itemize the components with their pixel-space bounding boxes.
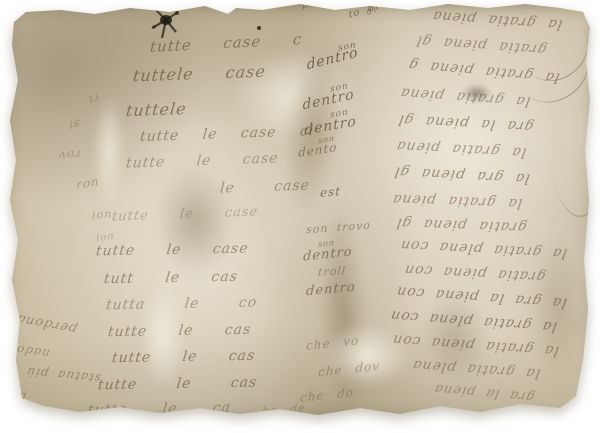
plaster-fragment: tutte case ctuttele casetutteletutte le … bbox=[0, 0, 600, 433]
plaster-surface: tutte case ctuttele casetutteletutte le … bbox=[0, 0, 600, 433]
photo-scene: tutte case ctuttele casetutteletutte le … bbox=[0, 0, 600, 433]
edge-shading bbox=[0, 0, 600, 433]
